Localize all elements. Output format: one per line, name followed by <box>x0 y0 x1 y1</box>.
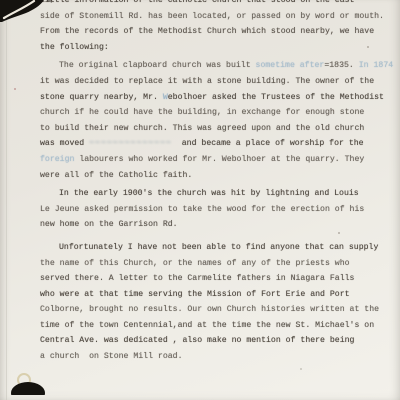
text-segment: was moved <box>40 139 89 148</box>
text-line: church if he could have the building, in… <box>40 105 384 121</box>
text-segment: church if he could have the building, in… <box>40 108 364 117</box>
dark-corner-object-bottom-left <box>8 373 54 400</box>
text-segment: The original clapboard church was built <box>59 61 256 70</box>
text-line: the name of this Church, or the names of… <box>40 256 384 272</box>
blue-corrected-text: In 1874 <box>359 61 393 70</box>
text-line: Le Jeune asked permission to take the wo… <box>40 202 384 218</box>
text-segment: the name of this Church, or the names of… <box>40 259 350 268</box>
text-line: was moved ~~~~~~~~~~~~~~ and became a pl… <box>40 136 384 152</box>
blue-corrected-text: sometime after <box>256 61 325 70</box>
dust-speck <box>338 232 340 234</box>
text-line: Unfortunately I have not been able to fi… <box>40 240 384 256</box>
text-segment: stone quarry nearby, Mr. <box>40 93 163 102</box>
dust-speck <box>367 46 369 48</box>
page-edge-crease <box>6 0 7 400</box>
text-line: who were at that time serving the Missio… <box>40 287 384 303</box>
text-segment: the following: <box>40 43 109 52</box>
text-segment: From the records of the Methodist Church… <box>40 27 374 36</box>
text-segment: Central Ave. was dedicated , also make n… <box>40 336 354 345</box>
text-segment: time of the town Centennial,and at the t… <box>40 321 374 330</box>
blue-corrected-text: foreign <box>40 155 74 164</box>
text-segment: Unfortunately I have not been able to fi… <box>59 243 378 252</box>
text-segment: In the early 1900's the church was hit b… <box>59 189 359 198</box>
text-line: Central Ave. was dedicated , also make n… <box>40 333 384 349</box>
text-line: stone quarry nearby, Mr. Webolhoer asked… <box>40 90 384 106</box>
text-line: it was decided to replace it with a ston… <box>40 74 384 90</box>
text-segment: new home on the Garrison Rd. <box>40 220 178 229</box>
text-line: a church on Stone Mill road. <box>40 349 384 365</box>
text-line: foreign labourers who worked for Mr. Web… <box>40 152 384 168</box>
text-line: time of the town Centennial,and at the t… <box>40 318 384 334</box>
text-segment: =1835. <box>324 61 358 70</box>
text-line: Colborne, brought no results. Our own Ch… <box>40 302 384 318</box>
text-segment: Little information of the Catholic Churc… <box>40 0 354 5</box>
text-segment: side of Stonemill Rd. has been located, … <box>40 12 384 21</box>
scanned-document-photo: Little information of the Catholic Churc… <box>0 0 400 400</box>
erased-text-smudge: ~~~~~~~~~~~~~~ <box>89 139 172 148</box>
text-segment: it was decided to replace it with a ston… <box>40 77 374 86</box>
text-line: to build their new church. This was agre… <box>40 121 384 137</box>
text-segment: Colborne, brought no results. Our own Ch… <box>40 305 379 314</box>
text-line: were all of the Catholic faith. <box>40 168 384 184</box>
text-line: new home on the Garrison Rd. <box>40 217 384 233</box>
text-segment: were all of the Catholic faith. <box>40 171 192 180</box>
text-segment: who were at that time serving the Missio… <box>40 290 350 299</box>
text-segment: Le Jeune asked permission to take the wo… <box>40 205 364 214</box>
dust-speck <box>14 88 16 90</box>
text-line: served there. A letter to the Carmelite … <box>40 271 384 287</box>
dust-speck <box>300 368 302 370</box>
text-line: From the records of the Methodist Church… <box>40 24 384 40</box>
typewritten-text: Little information of the Catholic Churc… <box>40 0 384 365</box>
text-line: the following: <box>40 40 384 56</box>
text-segment: to build their new church. This was agre… <box>40 124 364 133</box>
text-segment: ebolhoer asked the Trustees of the Metho… <box>168 93 384 102</box>
text-segment: labourers who worked for Mr. Webolhoer a… <box>74 155 364 164</box>
text-line: side of Stonemill Rd. has been located, … <box>40 9 384 25</box>
text-segment: a church on Stone Mill road. <box>40 352 183 361</box>
text-line: Little information of the Catholic Churc… <box>40 0 384 9</box>
text-line: The original clapboard church was built … <box>40 58 384 74</box>
text-segment: served there. A letter to the Carmelite … <box>40 274 354 283</box>
text-segment: and became a place of worship for the <box>172 139 364 148</box>
text-line: In the early 1900's the church was hit b… <box>40 186 384 202</box>
